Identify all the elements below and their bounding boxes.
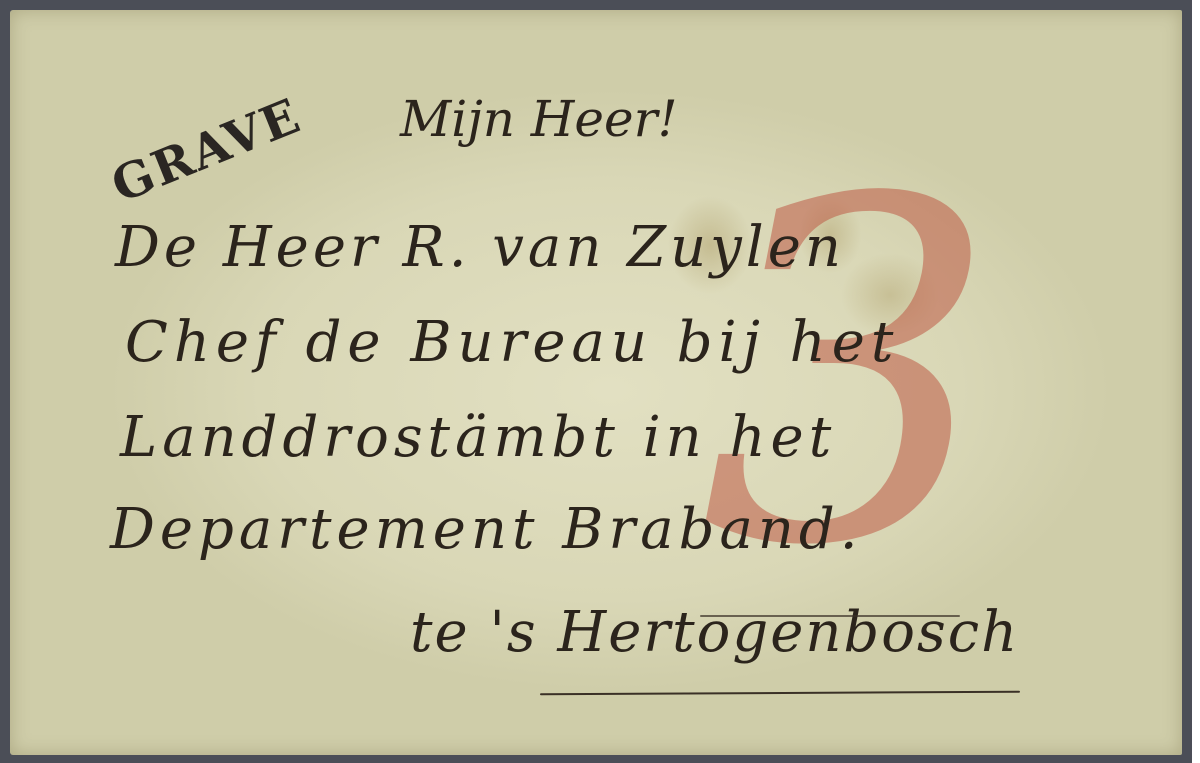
address-line-3: Landdrostämbt in het	[120, 405, 836, 470]
address-line-5: te 's Hertogenbosch	[410, 600, 1019, 665]
underline-flourish-upper	[700, 615, 960, 617]
underline-flourish	[540, 691, 1020, 696]
address-line-2: Chef de Bureau bij het	[125, 310, 899, 375]
salutation: Mijn Heer!	[400, 90, 678, 148]
letter-cover: 3 GRAVE Mijn Heer! De Heer R. van Zuylen…	[10, 10, 1182, 755]
postmark-grave: GRAVE	[104, 88, 309, 214]
address-line-4: Departement Braband.	[110, 497, 863, 562]
address-line-1: De Heer R. van Zuylen	[115, 215, 845, 280]
